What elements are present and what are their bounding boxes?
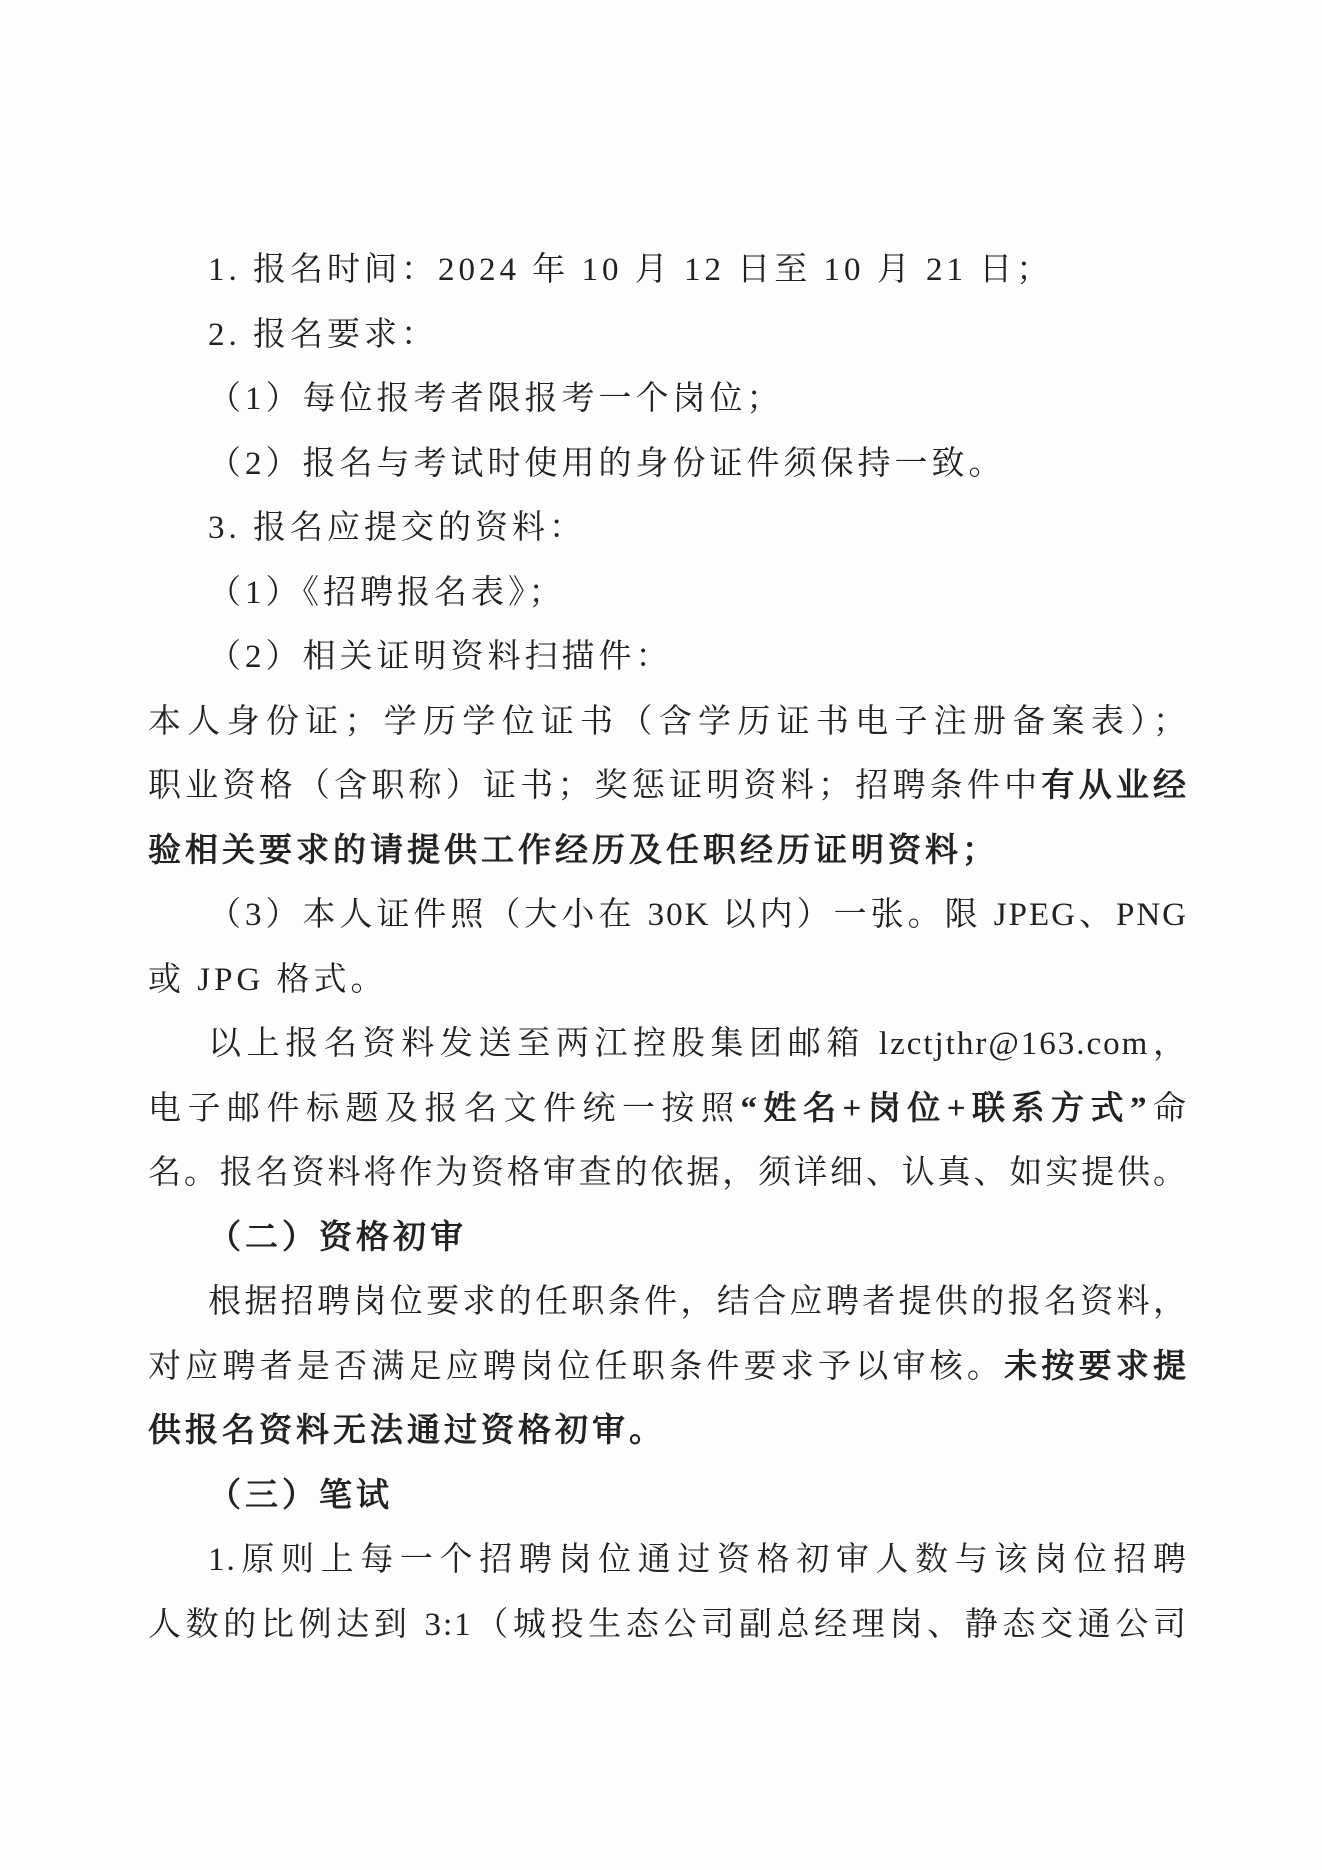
text-run: 职业资格（含职称）证书；奖惩证明资料；招聘条件中	[148, 768, 1041, 804]
text-run: （2）相关证明资料扫描件：	[208, 639, 673, 675]
text-run: 名。报名资料将作为资格审查的依据，须详细、认真、如实提供。	[148, 1155, 1188, 1191]
doc-line-material-truthfulness: 名。报名资料将作为资格审查的依据，须详细、认真、如实提供。	[148, 1141, 1188, 1206]
text-run-bold: “姓名+岗位+联系方式”	[740, 1091, 1148, 1127]
doc-line-ratio-rule-2: 人数的比例达到 3:1（城投生态公司副总经理岗、静态交通公司	[148, 1593, 1188, 1658]
section-heading-qualification-review: （二）资格初审	[148, 1206, 1188, 1271]
section-heading-written-test: （三）笔试	[148, 1464, 1188, 1529]
text-run: 人数的比例达到 3:1（城投生态公司副总经理岗、静态交通公司	[148, 1607, 1188, 1643]
text-run: 1. 报名时间：2024 年 10 月 12 日至 10 月 21 日；	[208, 252, 1053, 288]
text-run: 本人身份证；学历学位证书（含学历证书电子注册备案表）；	[148, 704, 1188, 740]
doc-line-experience-proof: 验相关要求的请提供工作经历及任职经历证明资料；	[148, 819, 1188, 884]
doc-line-requirement-1: （1）每位报考者限报考一个岗位；	[148, 367, 1188, 432]
doc-line-email-address: 以上报名资料发送至两江控股集团邮箱 lzctjthr@163.com，	[148, 1012, 1188, 1077]
doc-line-qualification-certificates: 职业资格（含职称）证书；奖惩证明资料；招聘条件中有从业经	[148, 754, 1188, 819]
text-run: 或 JPG 格式。	[148, 962, 388, 998]
doc-line-ratio-rule-1: 1.原则上每一个招聘岗位通过资格初审人数与该岗位招聘	[148, 1528, 1188, 1593]
text-run: （1）每位报考者限报考一个岗位；	[208, 381, 784, 417]
doc-line-registration-time: 1. 报名时间：2024 年 10 月 12 日至 10 月 21 日；	[148, 238, 1188, 303]
heading-text: （三）笔试	[208, 1478, 393, 1514]
doc-line-review-fail-warning: 供报名资料无法通过资格初审。	[148, 1399, 1188, 1464]
text-run: 电子邮件标题及报名文件统一按照	[148, 1091, 740, 1127]
text-run: （1）《招聘报名表》；	[208, 575, 566, 611]
heading-text: （二）资格初审	[208, 1220, 467, 1256]
doc-line-registration-requirements: 2. 报名要求：	[148, 303, 1188, 368]
text-run: （2）报名与考试时使用的身份证件须保持一致。	[208, 446, 1006, 482]
text-run: 命	[1149, 1091, 1189, 1127]
text-run-bold: 供报名资料无法通过资格初审。	[148, 1413, 666, 1449]
text-run: 2. 报名要求：	[208, 317, 438, 353]
document-page: 1. 报名时间：2024 年 10 月 12 日至 10 月 21 日； 2. …	[0, 0, 1322, 1870]
doc-line-id-certificates: 本人身份证；学历学位证书（含学历证书电子注册备案表）；	[148, 690, 1188, 755]
text-run: 1.原则上每一个招聘岗位通过资格初审人数与该岗位招聘	[208, 1542, 1188, 1578]
text-run: （3）本人证件照（大小在 30K 以内）一张。限 JPEG、PNG	[208, 897, 1188, 933]
doc-line-materials-title: 3. 报名应提交的资料：	[148, 496, 1188, 561]
doc-line-material-1: （1）《招聘报名表》；	[148, 561, 1188, 626]
doc-line-material-2: （2）相关证明资料扫描件：	[148, 625, 1188, 690]
doc-line-email-title-rule: 电子邮件标题及报名文件统一按照“姓名+岗位+联系方式”命	[148, 1077, 1188, 1142]
doc-line-review-basis: 根据招聘岗位要求的任职条件，结合应聘者提供的报名资料，	[148, 1270, 1188, 1335]
text-run: 对应聘者是否满足应聘岗位任职条件要求予以审核。	[148, 1349, 1004, 1385]
text-run: 根据招聘岗位要求的任职条件，结合应聘者提供的报名资料，	[208, 1284, 1188, 1320]
text-run-bold: 有从业经	[1041, 768, 1188, 804]
text-run: 3. 报名应提交的资料：	[208, 510, 586, 546]
doc-line-review-check: 对应聘者是否满足应聘岗位任职条件要求予以审核。未按要求提	[148, 1335, 1188, 1400]
doc-line-photo-format: 或 JPG 格式。	[148, 948, 1188, 1013]
text-run: 以上报名资料发送至两江控股集团邮箱 lzctjthr@163.com，	[208, 1026, 1188, 1062]
document-text-block: 1. 报名时间：2024 年 10 月 12 日至 10 月 21 日； 2. …	[148, 238, 1188, 1657]
text-run-bold: 验相关要求的请提供工作经历及任职经历证明资料；	[148, 833, 999, 869]
doc-line-requirement-2: （2）报名与考试时使用的身份证件须保持一致。	[148, 432, 1188, 497]
doc-line-photo-requirement: （3）本人证件照（大小在 30K 以内）一张。限 JPEG、PNG	[148, 883, 1188, 948]
text-run-bold: 未按要求提	[1004, 1349, 1188, 1385]
